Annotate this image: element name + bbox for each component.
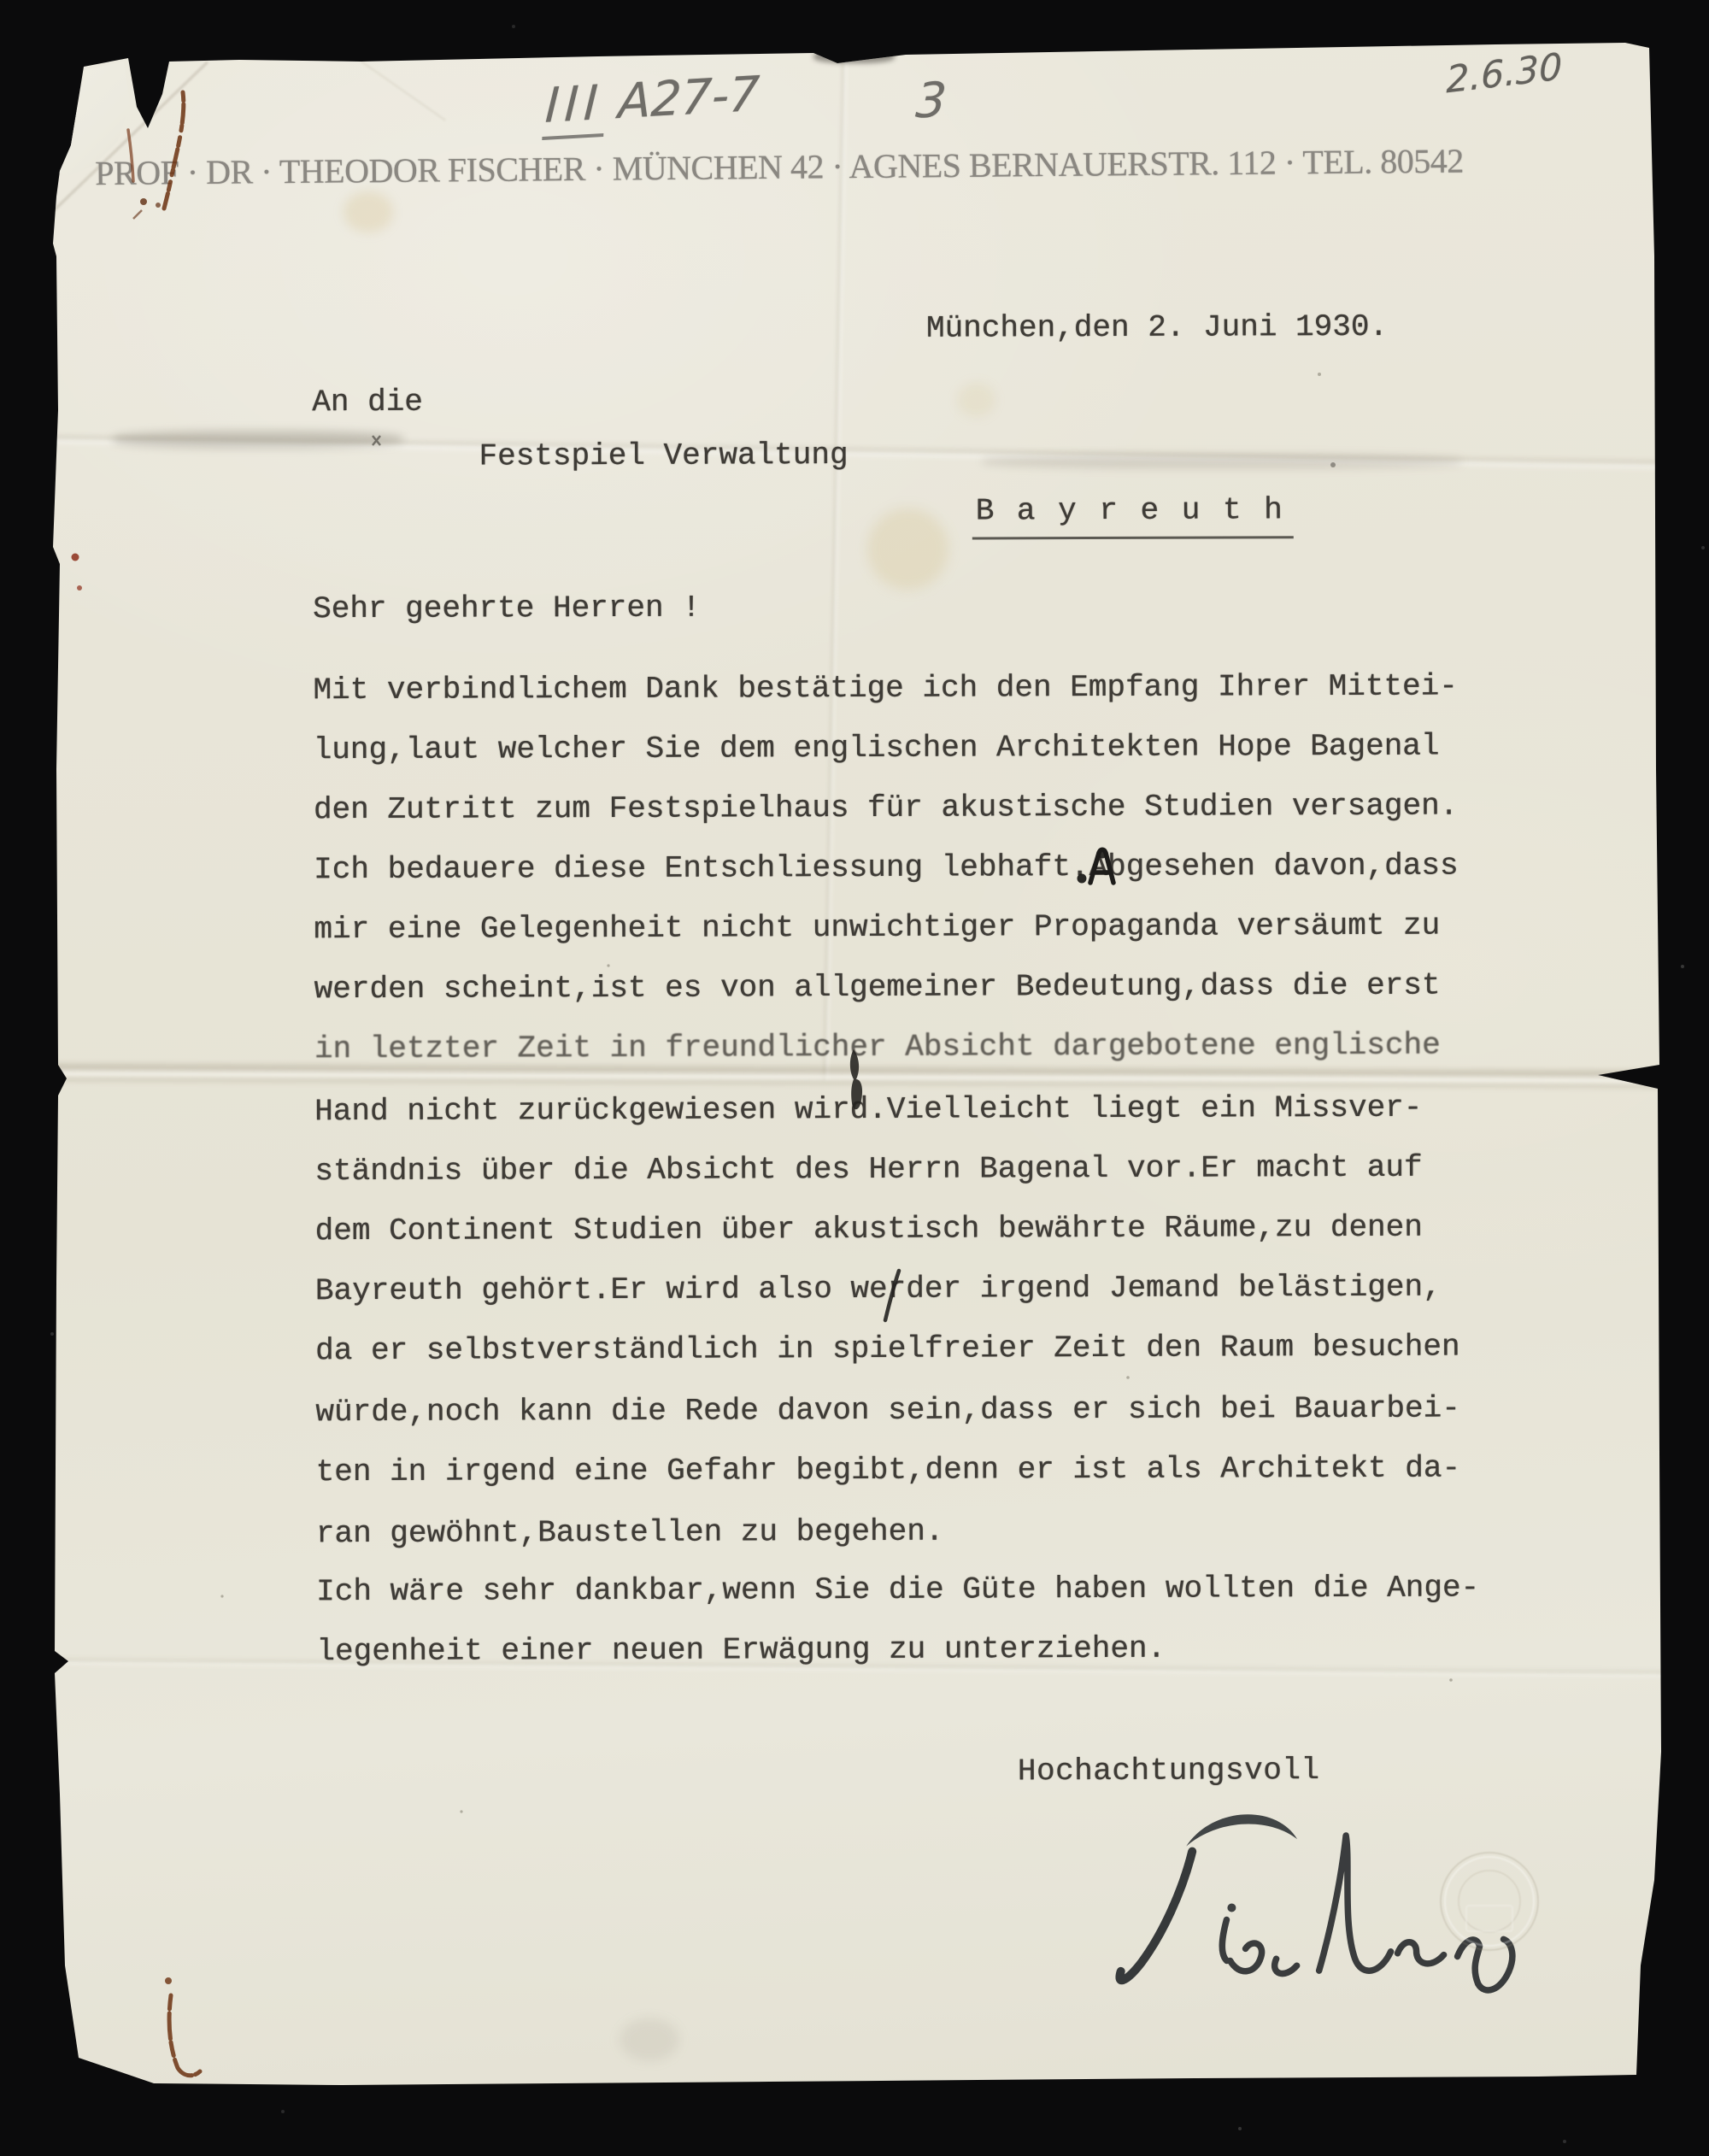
recipient-city-underlined: B a y r e u t h	[972, 491, 1294, 539]
recipient-line-1: An die	[312, 383, 423, 422]
archival-page-number: 3	[914, 73, 948, 130]
body-line: werden scheint,ist es von allgemeiner Be…	[314, 966, 1441, 1010]
letter-page: PROF · DR · THEODOR FISCHER · MÜNCHEN 42…	[0, 0, 1709, 2156]
archival-file-number: A27-7	[617, 67, 761, 131]
archival-file-reference: IIIA27-7	[543, 67, 761, 134]
body-line: dem Continent Studien über akustisch bew…	[315, 1208, 1423, 1252]
body-line: Mit verbindlichem Dank bestätige ich den…	[313, 667, 1458, 711]
body-line: ran gewöhnt,Baustellen zu begehen.	[316, 1513, 944, 1554]
body-line: den Zutritt zum Festspielhaus für akusti…	[314, 787, 1459, 831]
recipient-line-2: Festspiel Verwaltung	[479, 436, 848, 477]
scanner-background: PROF · DR · THEODOR FISCHER · MÜNCHEN 42…	[0, 0, 1709, 2156]
body-line: ständnis über die Absicht des Herrn Bage…	[314, 1148, 1422, 1192]
body-line: lung,laut welcher Sie dem englischen Arc…	[314, 727, 1440, 771]
background-dust-specks	[0, 0, 2, 2]
archival-date-note: 2.6.30	[1446, 45, 1562, 102]
salutation: Sehr geehrte Herren !	[313, 589, 701, 630]
body-line: Bayreuth gehört.Er wird also werder irge…	[315, 1268, 1442, 1312]
body-line: da er selbstverständlich in spielfreier …	[315, 1328, 1460, 1372]
body-line: in letzter Zeit in freundlicher Absicht …	[314, 1026, 1441, 1070]
printed-content-layer: PROF · DR · THEODOR FISCHER · MÜNCHEN 42…	[0, 0, 1709, 2156]
signature-fischer-handwritten	[994, 1780, 1542, 2004]
dateline: München,den 2. Juni 1930.	[926, 308, 1388, 349]
body-line: Hand nicht zurückgewiesen wird.Vielleich…	[314, 1089, 1422, 1132]
body-line: Ich bedauere diese Entschliessung lebhaf…	[314, 847, 1459, 890]
body-line: würde,noch kann die Rede davon sein,dass…	[315, 1389, 1460, 1433]
archival-roman-numeral: III	[542, 75, 606, 140]
body-line: legenheit einer neuen Erwägung zu unterz…	[316, 1630, 1166, 1671]
letterhead-text: PROF · DR · THEODOR FISCHER · MÜNCHEN 42…	[95, 141, 1464, 194]
body-line: mir eine Gelegenheit nicht unwichtiger P…	[314, 907, 1440, 950]
body-line: ten in irgend eine Gefahr begibt,denn er…	[316, 1449, 1461, 1493]
body-line: Ich wäre sehr dankbar,wenn Sie die Güte …	[316, 1568, 1479, 1612]
